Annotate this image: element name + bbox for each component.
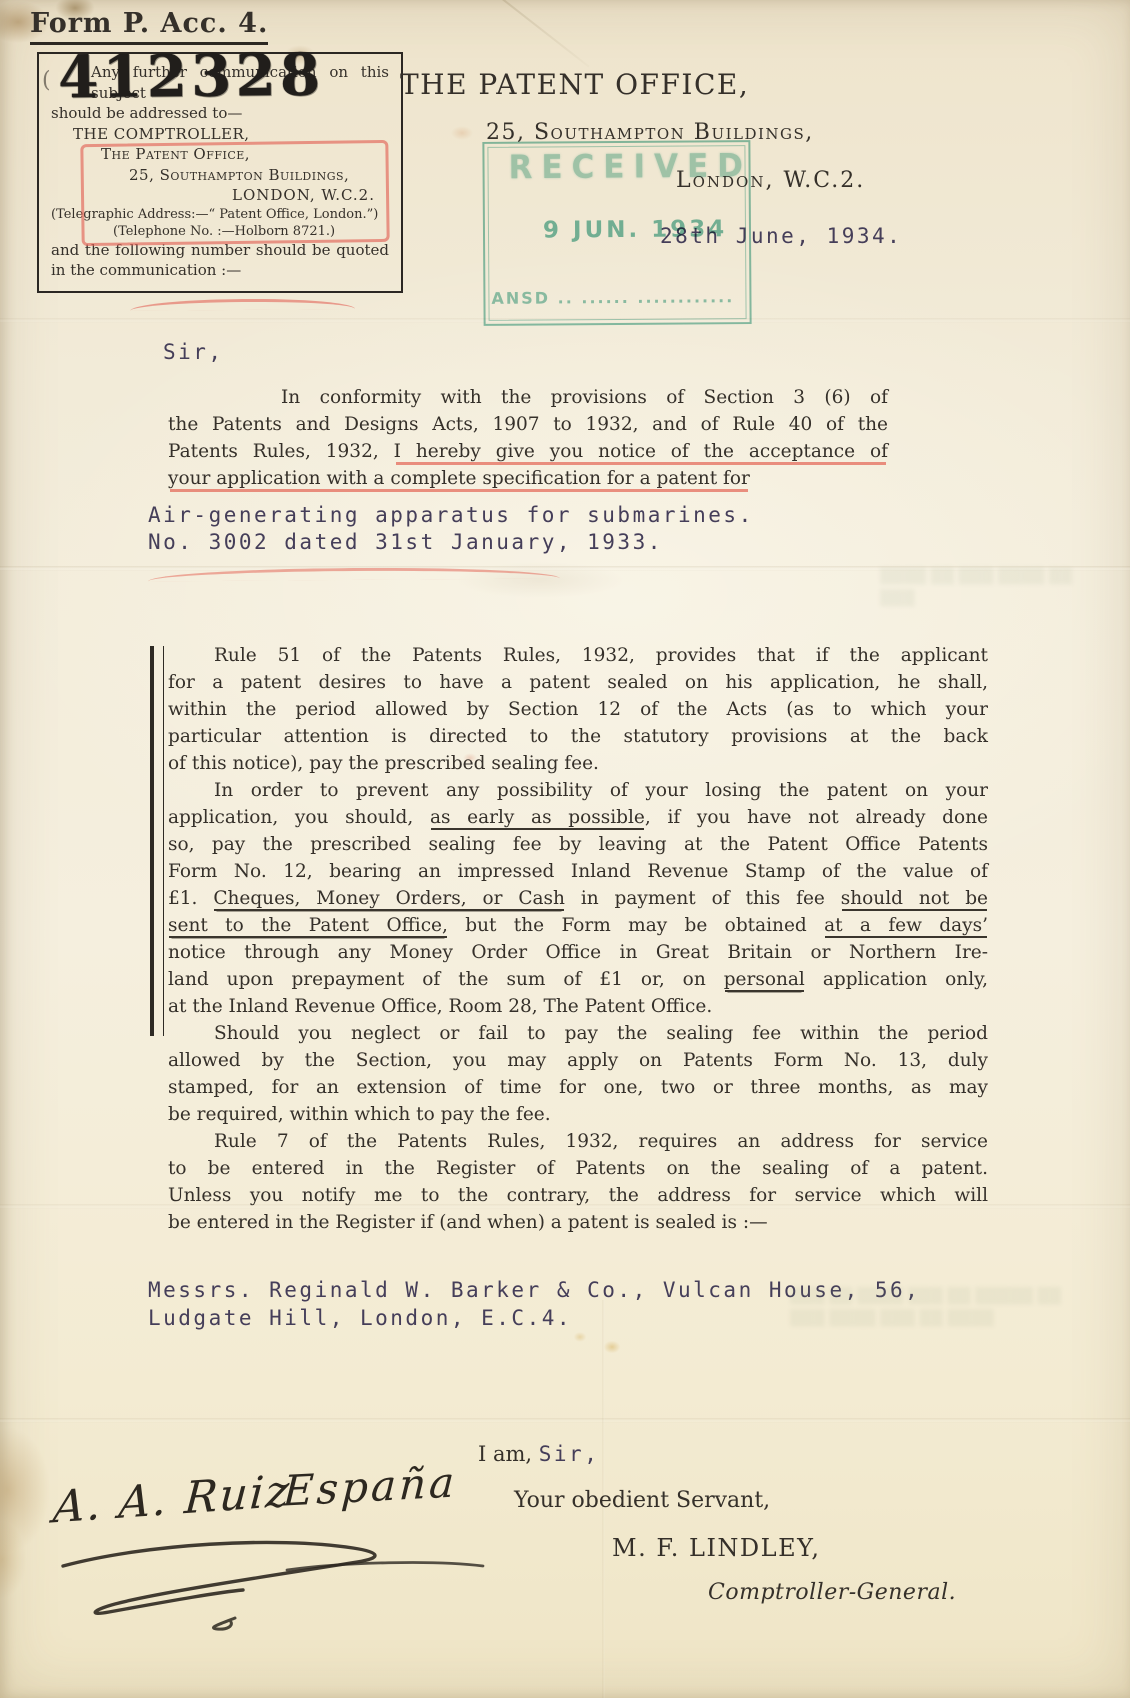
text-segment: application, you should, — [168, 807, 430, 828]
address-for-service: Messrs. Reginald W. Barker & Co., Vulcan… — [148, 1276, 920, 1332]
paragraph-line: for a patent desires to have a patent se… — [168, 669, 988, 696]
ink-underlined-segment: sent to the Patent Office, — [168, 915, 448, 936]
ink-underlined-segment: as early as possible — [430, 807, 645, 828]
paragraph-line: In order to prevent any possibility of y… — [168, 777, 988, 804]
paragraph-line: Unless you notify me to the contrary, th… — [168, 1182, 988, 1209]
received-stamp-date: 9 JUN. 1934 — [543, 216, 727, 243]
paragraph-line: £1. Cheques, Money Orders, or Cash in pa… — [168, 885, 988, 912]
paragraph-line: particular attention is directed to the … — [168, 723, 988, 750]
paper-crease — [0, 566, 1130, 571]
text-segment: in payment of this fee — [565, 888, 841, 909]
paragraph-line: within the period allowed by Section 12 … — [168, 696, 988, 723]
handwritten-signature: A. A. Ruiz España — [35, 1448, 505, 1658]
received-stamp-label: RECEIVED — [508, 147, 752, 186]
form-number: Form P. Acc. 4. — [30, 8, 268, 45]
subject-number-date: No. 3002 dated 31st January, 1933. — [148, 529, 754, 556]
ink-underlined-segment: Cheques, Money Orders, or Cash — [213, 888, 565, 909]
paragraph-line: be required, within which to pay the fee… — [168, 1101, 988, 1128]
paragraph-line: so, pay the prescribed sealing fee by le… — [168, 831, 988, 858]
reference-number-stamp: 412328 — [58, 41, 325, 112]
margin-emphasis-rule — [150, 646, 164, 1036]
salutation: Sir, — [163, 340, 224, 364]
reference-number-red-box — [80, 140, 389, 246]
paragraph-line: Should you neglect or fail to pay the se… — [168, 1020, 988, 1047]
text-segment: but the Form may be obtained — [448, 915, 824, 936]
paragraph-line: to be entered in the Register of Patents… — [168, 1155, 988, 1182]
text-segment: , if you have not already done — [645, 807, 988, 828]
notice-body: Rule 51 of the Patents Rules, 1932, prov… — [168, 642, 988, 1236]
received-stamp-answered: ANSD .. ...... ............ — [491, 287, 734, 308]
paper-crease — [0, 1418, 1130, 1423]
paragraph-line: notice through any Money Order Office in… — [168, 939, 988, 966]
text-segment: land upon prepayment of the sum of £1 or… — [168, 969, 724, 990]
paragraph-line: Form No. 12, bearing an impressed Inland… — [168, 858, 988, 885]
subject-title: Air-generating apparatus for submarines. — [148, 502, 754, 529]
stray-ink-mark: ( — [42, 68, 51, 93]
paragraph-line: your application with a complete specifi… — [168, 465, 888, 492]
ink-underlined-segment: should not be — [841, 888, 988, 909]
address-line: Ludgate Hill, London, E.C.4. — [148, 1304, 920, 1332]
text-segment: Patents Rules, 1932, — [168, 441, 394, 462]
ink-underlined-segment: at a few days’ — [824, 915, 988, 936]
box-line: in the communication :— — [51, 260, 389, 281]
red-pencil-underline — [130, 298, 355, 311]
paragraph-line: stamped, for an extension of time for on… — [168, 1074, 988, 1101]
signatory-title: Comptroller-General. — [708, 1580, 956, 1605]
paragraph-line: sent to the Patent Office, but the Form … — [168, 912, 988, 939]
address-line: Messrs. Reginald W. Barker & Co., Vulcan… — [148, 1276, 920, 1304]
paragraph-line: application, you should, as early as pos… — [168, 804, 988, 831]
patent-subject: Air-generating apparatus for submarines.… — [148, 502, 754, 556]
ink-underlined-segment: personal — [724, 969, 805, 990]
paragraph-line: land upon prepayment of the sum of £1 or… — [168, 966, 988, 993]
paragraph-line: the Patents and Designs Acts, 1907 to 19… — [168, 411, 888, 438]
text-segment: £1. — [168, 888, 213, 909]
patent-office-letter: Form P. Acc. 4. Any further communicatio… — [0, 0, 1130, 1698]
paragraph-line: of this notice), pay the prescribed seal… — [168, 750, 988, 777]
signatory-name: M. F. LINDLEY, — [612, 1534, 821, 1562]
opening-paragraph: In conformity with the provisions of Sec… — [168, 384, 888, 492]
red-underlined-segment: your application with a complete specifi… — [168, 468, 750, 489]
red-pencil-underline — [148, 567, 560, 582]
letterhead-office: THE PATENT OFFICE, — [400, 68, 749, 101]
signature-word-text: España — [282, 1457, 459, 1515]
paragraph-line: In conformity with the provisions of Sec… — [168, 384, 888, 411]
paragraph-line: Rule 51 of the Patents Rules, 1932, prov… — [168, 642, 988, 669]
paragraph-line: Patents Rules, 1932, I hereby give you n… — [168, 438, 888, 465]
received-stamp: RECEIVED 9 JUN. 1934 ANSD .. ...... ....… — [482, 140, 751, 326]
paragraph-line: be entered in the Register if (and when)… — [168, 1209, 988, 1236]
servant-line: Your obedient Servant, — [514, 1488, 770, 1513]
paragraph-line: Rule 7 of the Patents Rules, 1932, requi… — [168, 1128, 988, 1155]
ink-bleed-through: ▒▒▒▒ ▒▒ ▒▒▒ ▒▒▒▒ ▒▒ ▒▒▒ — [880, 565, 1080, 645]
typed-segment: Sir, — [539, 1442, 600, 1466]
paragraph-line: at the Inland Revenue Office, Room 28, T… — [168, 993, 988, 1020]
text-segment: application only, — [805, 969, 988, 990]
paper-crease-diagonal — [494, 0, 590, 67]
paragraph-line: allowed by the Section, you may apply on… — [168, 1047, 988, 1074]
red-underlined-segment: I hereby give you notice of the acceptan… — [394, 441, 888, 462]
